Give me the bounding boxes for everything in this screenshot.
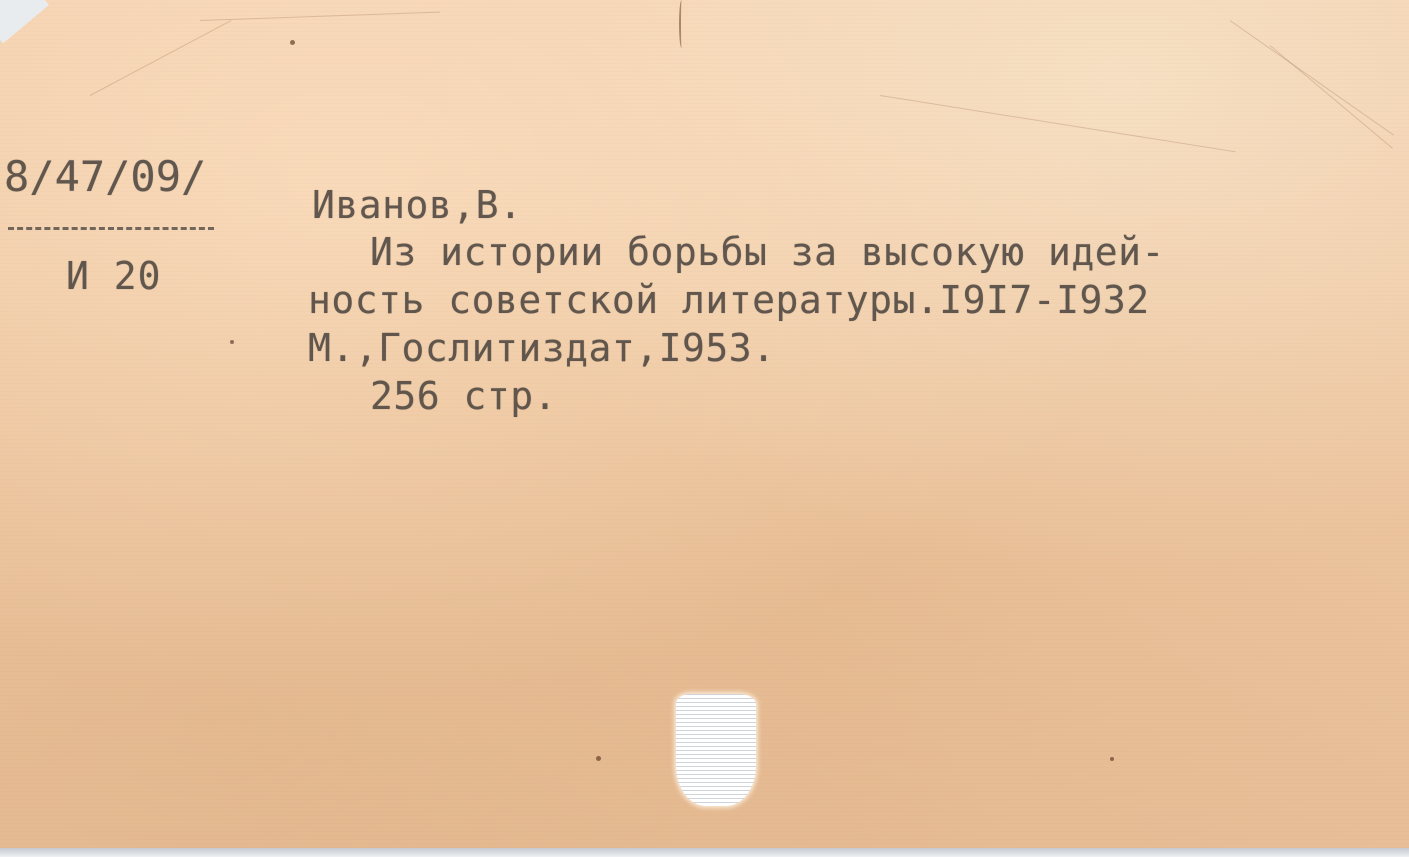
- ink-speck: [1110, 757, 1114, 761]
- entry-pagination: 256 стр.: [370, 374, 557, 418]
- entry-author: Иванов,В.: [312, 183, 522, 227]
- paper-crease: [200, 12, 440, 21]
- ink-speck: [596, 756, 601, 761]
- entry-title-line-2: ность советской литературы.I9I7-I932: [308, 278, 1150, 322]
- torn-corner: [0, 0, 49, 43]
- tear-mark: [679, 0, 684, 48]
- ink-speck: [290, 40, 295, 45]
- paper-crease: [1270, 45, 1393, 149]
- paper-crease: [880, 95, 1236, 152]
- scanner-bed-edge: [0, 848, 1409, 857]
- paper-crease: [1230, 20, 1394, 136]
- shelf-mark-divider: [8, 227, 214, 230]
- shelf-classification-number: 8/47/09/: [4, 152, 206, 201]
- catalog-card: 8/47/09/ И 20 Иванов,В. Из истории борьб…: [0, 0, 1409, 848]
- entry-title-line-1: Из истории борьбы за высокую идей-: [370, 230, 1165, 274]
- author-mark: И 20: [66, 254, 162, 298]
- ink-speck: [230, 340, 234, 344]
- entry-imprint: М.,Гослитиздат,I953.: [308, 326, 776, 370]
- paper-crease: [90, 20, 232, 96]
- rod-punch-hole: [676, 694, 756, 806]
